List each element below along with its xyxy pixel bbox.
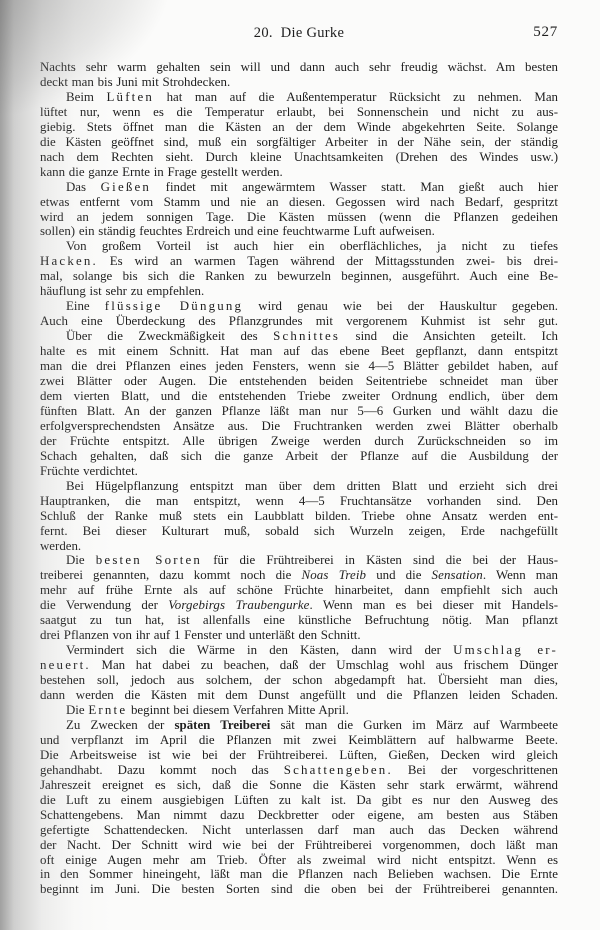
text-segment: Über die Zweckmäßigkeit des: [66, 329, 273, 343]
section-number: 20.: [254, 25, 273, 41]
text-segment: sind die Ansichten geteilt. Ich: [340, 329, 558, 343]
text-line: oft einige Augen mehr am Trieb. Öfter al…: [40, 853, 558, 868]
text-segment: kann die ganze Ernte in Frage gestellt w…: [40, 165, 283, 179]
text-line: der Nacht. Der Schnitt wird wie bei der …: [40, 838, 558, 853]
text-segment: Auch eine Überdeckung des Pflanzgrundes …: [40, 314, 558, 328]
text-segment: findet mit angewärmtem Wasser statt. Man…: [151, 180, 558, 194]
text-segment: Man hat dabei zu beachen, daß der Umschl…: [91, 658, 558, 672]
text-segment: Die Arbeitsweise ist wie bei der Frühtre…: [40, 748, 558, 762]
text-line: gehandhabt. Dazu kommt noch das Schatten…: [40, 763, 558, 778]
text-segment: mal, solange bis sich die Ranken zu bewu…: [40, 269, 558, 283]
text-segment: Zu Zwecken der: [66, 718, 175, 732]
text-line: Vermindert sich die Wärme in den Kästen,…: [40, 643, 558, 658]
text-line: in den Sommer hineingeht, läßt man die P…: [40, 867, 558, 882]
text-segment: Früchte verdichtet.: [40, 464, 138, 478]
text-line: Zu Zwecken der späten Treiberei sät man …: [40, 718, 558, 733]
text-line: die Kästen geöffnet sind, muß ein sorgfä…: [40, 135, 558, 150]
text-segment: Nachts sehr warm gehalten sein will und …: [40, 60, 558, 74]
text-segment: Das: [66, 180, 101, 194]
text-line: Die Arbeitsweise ist wie bei der Frühtre…: [40, 748, 558, 763]
text-line: fünften Blatt. An der ganzen Pflanze läß…: [40, 404, 558, 419]
text-line: halte es mit einem Schnitt. Hat man auf …: [40, 344, 558, 359]
text-segment: Schach gehalten, daß sich die ganze Arbe…: [40, 449, 558, 463]
text-segment: häuflung ist sehr zu empfehlen.: [40, 284, 204, 298]
text-segment: Eine: [66, 299, 105, 313]
text-segment: Es wird an warmen Tagen während der Mitt…: [98, 254, 558, 268]
page-number: 527: [533, 23, 558, 41]
text-segment: sät man die Gurken im März auf Warmbeete: [270, 718, 558, 732]
text-line: Das Gießen findet mit angewärmtem Wasser…: [40, 180, 558, 195]
text-segment: die Verwendung der: [40, 598, 168, 612]
text-line: fernt. Bei dieser Kulturart muß, sobald …: [40, 524, 558, 539]
text-line: gefertigte Schattendecken. Nicht unterla…: [40, 823, 558, 838]
text-line: sollen) ein ständig feuchtes Erdreich un…: [40, 224, 558, 239]
text-segment-spaced: Umschlag er-: [453, 643, 558, 657]
text-line: dem vierten Blatt, und die entstehenden …: [40, 389, 558, 404]
text-line: Auch eine Überdeckung des Pflanzgrundes …: [40, 314, 558, 329]
text-segment: treiberei genannten, dazu kommt noch die: [40, 568, 301, 582]
text-line: Hacken. Es wird an warmen Tagen während …: [40, 254, 558, 269]
text-line: giebig. Stets öffnet man die Kästen an d…: [40, 120, 558, 135]
text-segment: oft einige Augen mehr am Trieb. Öfter al…: [40, 853, 558, 867]
text-line: man die drei Pflanzen eines jeden Fenste…: [40, 359, 558, 374]
text-segment-spaced: Lüften: [106, 90, 154, 104]
text-segment: saatgut zu tun hat, ist allenfalls eine …: [40, 613, 558, 627]
text-segment-spaced: flüssige Düngung: [105, 299, 243, 313]
text-line: kann die ganze Ernte in Frage gestellt w…: [40, 165, 558, 180]
text-segment: dem vierten Blatt, und die entstehenden …: [40, 389, 558, 403]
text-segment-spaced: Hacken.: [40, 254, 98, 268]
text-line: neuert. Man hat dabei zu beachen, daß de…: [40, 658, 558, 673]
text-segment: werden.: [40, 539, 81, 553]
text-line: Von großem Vorteil ist auch hier ein obe…: [40, 239, 558, 254]
text-line: Beim Lüften hat man auf die Außentempera…: [40, 90, 558, 105]
body-text: Nachts sehr warm gehalten sein will und …: [40, 60, 558, 897]
text-line: lüftet nur, wenn es die Temperatur erlau…: [40, 105, 558, 120]
text-line: Über die Zweckmäßigkeit des Schnittes si…: [40, 329, 558, 344]
text-line: Jahreszeit ereignet es sich, daß die Son…: [40, 778, 558, 793]
text-segment-bold: späten Treiberei: [175, 718, 271, 732]
text-segment: wird an jedem sonnigen Tage. Die Kästen …: [40, 210, 558, 224]
text-line: Die Ernte beginnt bei diesem Verfahren M…: [40, 703, 558, 718]
text-segment: Bei Hügelpflanzung entspitzt man über de…: [66, 479, 558, 493]
text-segment: sollen) ein ständig feuchtes Erdreich un…: [40, 224, 435, 238]
text-line: bestehen soll, jedoch aus solchem, der s…: [40, 673, 558, 688]
text-line: treiberei genannten, dazu kommt noch die…: [40, 568, 558, 583]
text-segment: und verpflanzt im April die Pflanzen mit…: [40, 733, 558, 747]
text-line: deckt man bis Juni mit Strohdecken.: [40, 75, 558, 90]
text-segment: die Kästen geöffnet sind, muß ein sorgfä…: [40, 135, 558, 149]
text-segment: beginnt bei diesem Verfahren Mitte April…: [127, 703, 349, 717]
text-segment-spaced: Schattengeben.: [284, 763, 393, 777]
text-segment-italic: Sensation: [432, 568, 483, 582]
text-line: Bei Hügelpflanzung entspitzt man über de…: [40, 479, 558, 494]
text-segment: Von großem Vorteil ist auch hier ein obe…: [66, 239, 558, 253]
text-segment: wird genau wie bei der Hauskultur gegebe…: [243, 299, 558, 313]
text-line: Die besten Sorten für die Frühtreiberei …: [40, 553, 558, 568]
text-segment: beginnt im Juni. Die besten Sorten sind …: [40, 882, 558, 896]
text-segment: und die: [366, 568, 431, 582]
text-line: beginnt im Juni. Die besten Sorten sind …: [40, 882, 558, 897]
text-segment-spaced: neuert.: [40, 658, 91, 672]
text-segment: fernt. Bei dieser Kulturart muß, sobald …: [40, 524, 558, 538]
text-segment: der Nacht. Der Schnitt wird wie bei der …: [40, 838, 558, 852]
text-line: zwei Blätter oder Augen. Die entstehende…: [40, 374, 558, 389]
text-segment: giebig. Stets öffnet man die Kästen an d…: [40, 120, 558, 134]
text-line: Früchte verdichtet.: [40, 464, 558, 479]
text-segment: bestehen soll, jedoch aus solchem, der s…: [40, 673, 558, 687]
text-line: mehr auf frühe Ernte als auf schöne Früc…: [40, 583, 558, 598]
text-line: erfolgversprechendsten Ansätze aus. Die …: [40, 419, 558, 434]
text-segment: hat man auf die Außentemperatur Rücksich…: [154, 90, 558, 104]
text-segment: . Wenn man es bei dieser mit Handels-: [310, 598, 558, 612]
text-line: saatgut zu tun hat, ist allenfalls eine …: [40, 613, 558, 628]
text-line: werden.: [40, 539, 558, 554]
text-segment: Hauptranken, die man entspitzt, wenn 4—5…: [40, 494, 558, 508]
text-line: Nachts sehr warm gehalten sein will und …: [40, 60, 558, 75]
text-segment: dann werden die Kästen mit dem Dunst ang…: [40, 688, 558, 702]
text-segment-spaced: Gießen: [101, 180, 151, 194]
text-line: Schattengebens. Man nimmt dazu Deckbrett…: [40, 808, 558, 823]
text-line: Schach gehalten, daß sich die ganze Arbe…: [40, 449, 558, 464]
text-line: wird an jedem sonnigen Tage. Die Kästen …: [40, 210, 558, 225]
text-line: und verpflanzt im April die Pflanzen mit…: [40, 733, 558, 748]
text-segment: drei Pflanzen von ihr auf 1 Fenster und …: [40, 628, 361, 642]
text-segment: mehr auf frühe Ernte als auf schöne Früc…: [40, 583, 558, 597]
text-segment: etwas entfernt vom Stamm und nie an dies…: [40, 195, 558, 209]
text-line: die Luft zu einem ausgiebigen Lüften zu …: [40, 793, 558, 808]
text-segment: in den Sommer hineingeht, läßt man die P…: [40, 867, 558, 881]
text-segment: zwei Blätter oder Augen. Die entstehende…: [40, 374, 558, 388]
text-line: drei Pflanzen von ihr auf 1 Fenster und …: [40, 628, 558, 643]
text-segment: gefertigte Schattendecken. Nicht unterla…: [40, 823, 558, 837]
text-segment: fünften Blatt. An der ganzen Pflanze läß…: [40, 404, 558, 418]
text-segment-italic: Vorgebirgs Traubengurke: [168, 598, 309, 612]
text-segment: gehandhabt. Dazu kommt noch das: [40, 763, 284, 777]
text-line: dann werden die Kästen mit dem Dunst ang…: [40, 688, 558, 703]
text-line: mal, solange bis sich die Ranken zu bewu…: [40, 269, 558, 284]
text-line: etwas entfernt vom Stamm und nie an dies…: [40, 195, 558, 210]
text-segment: Vermindert sich die Wärme in den Kästen,…: [66, 643, 453, 657]
text-line: nach dem Rechten sieht. Durch kleine Una…: [40, 150, 558, 165]
text-line: Schluß der Ranke muß stets ein Laubblatt…: [40, 509, 558, 524]
text-segment: die Luft zu einem ausgiebigen Lüften zu …: [40, 793, 558, 807]
text-segment-spaced: Ernte: [88, 703, 127, 717]
text-segment-spaced: besten Sorten: [96, 553, 202, 567]
text-segment: Bei der vorgeschrittenen: [393, 763, 558, 777]
text-segment: lüftet nur, wenn es die Temperatur erlau…: [40, 105, 558, 119]
text-segment: deckt man bis Juni mit Strohdecken.: [40, 75, 230, 89]
text-segment: der Früchte entspitzt. Alle übrigen Zwei…: [40, 434, 558, 448]
book-page-scan: 20.Die Gurke 527 Nachts sehr warm gehalt…: [0, 0, 600, 930]
text-segment-italic: Noas Treib: [301, 568, 366, 582]
text-line: die Verwendung der Vorgebirgs Traubengur…: [40, 598, 558, 613]
text-line: Eine flüssige Düngung wird genau wie bei…: [40, 299, 558, 314]
text-segment: Beim: [66, 90, 106, 104]
running-header: 20.Die Gurke 527: [40, 24, 558, 42]
text-segment: Schluß der Ranke muß stets ein Laubblatt…: [40, 509, 558, 523]
text-segment: . Wenn man: [483, 568, 558, 582]
text-segment: Die: [66, 703, 88, 717]
text-segment: für die Frühtreiberei in Kästen sind die…: [202, 553, 558, 567]
running-header-title: 20.Die Gurke: [40, 24, 558, 42]
text-line: häuflung ist sehr zu empfehlen.: [40, 284, 558, 299]
text-segment: Die: [66, 553, 96, 567]
text-segment: nach dem Rechten sieht. Durch kleine Una…: [40, 150, 558, 164]
text-line: Hauptranken, die man entspitzt, wenn 4—5…: [40, 494, 558, 509]
text-segment: halte es mit einem Schnitt. Hat man auf …: [40, 344, 558, 358]
text-segment: man die drei Pflanzen eines jeden Fenste…: [40, 359, 558, 373]
text-line: der Früchte entspitzt. Alle übrigen Zwei…: [40, 434, 558, 449]
text-segment: erfolgversprechendsten Ansätze aus. Die …: [40, 419, 558, 433]
text-segment-spaced: Schnittes: [273, 329, 340, 343]
chapter-title: Die Gurke: [281, 25, 344, 41]
text-segment: Jahreszeit ereignet es sich, daß die Son…: [40, 778, 558, 792]
text-segment: Schattengebens. Man nimmt dazu Deckbrett…: [40, 808, 558, 822]
